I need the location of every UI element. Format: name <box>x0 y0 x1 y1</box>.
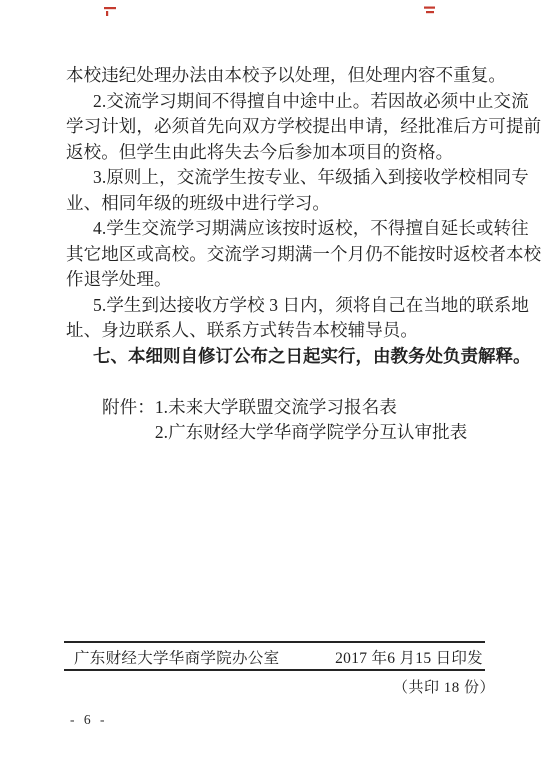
body-line: 5.学生到达接收方学校 3 日内，须将自己在当地的联系地 <box>66 293 494 319</box>
body-line: 2.交流学习期间不得擅自中途中止。若因故必须中止交流 <box>66 89 494 115</box>
body-line: 3.原则上，交流学生按专业、年级插入到接收学校相同专 <box>66 165 494 191</box>
document-page: 本校违纪处理办法由本校予以处理，但处理内容不重复。 2.交流学习期间不得擅自中途… <box>0 0 543 768</box>
attachments-label: 附件： <box>102 395 155 446</box>
copies-note: （共印 18 份） <box>393 676 495 697</box>
body-line: 业、相同年级的班级中进行学习。 <box>66 191 494 217</box>
red-letterhead-fragment-icon <box>422 4 438 22</box>
body-line: 址、身边联系人、联系方式转告本校辅导员。 <box>66 318 494 344</box>
red-mark-right-shape <box>422 5 438 17</box>
attachment-item: 2.广东财经大学华商学院学分互认审批表 <box>155 420 468 446</box>
issuing-office: 广东财经大学华商学院办公室 <box>64 646 279 668</box>
page-number: - 6 - <box>70 712 108 728</box>
footer-rule-bottom <box>64 669 485 671</box>
attachments-items: 1.未来大学联盟交流学习报名表 2.广东财经大学华商学院学分互认审批表 <box>155 395 468 446</box>
red-letterhead-fragment-icon <box>103 4 119 22</box>
body-line: 4.学生交流学习期满应该按时返校，不得擅自延长或转往 <box>66 216 494 242</box>
body-line: 作退学处理。 <box>66 267 494 293</box>
body-line: 其它地区或高校。交流学习期满一个月仍不能按时返校者本校 <box>66 242 494 268</box>
footer-rule-top <box>64 641 485 643</box>
attachments-block: 附件： 1.未来大学联盟交流学习报名表 2.广东财经大学华商学院学分互认审批表 <box>66 395 494 446</box>
red-mark-left-shape <box>103 5 119 17</box>
attachment-item: 1.未来大学联盟交流学习报名表 <box>155 395 468 421</box>
print-date: 2017 年6 月15 日印发 <box>335 646 485 668</box>
body-line: 本校违纪处理办法由本校予以处理，但处理内容不重复。 <box>66 63 494 89</box>
body-line: 学习计划，必须首先向双方学校提出申请，经批准后方可提前 <box>66 114 494 140</box>
footer-issuing-row: 广东财经大学华商学院办公室 2017 年6 月15 日印发 <box>64 644 485 669</box>
document-body: 本校违纪处理办法由本校予以处理，但处理内容不重复。 2.交流学习期间不得擅自中途… <box>66 63 494 446</box>
body-line: 返校。但学生由此将失去今后参加本项目的资格。 <box>66 140 494 166</box>
body-line-clause-seven: 七、本细则自修订公布之日起实行，由教务处负责解释。 <box>66 344 494 370</box>
